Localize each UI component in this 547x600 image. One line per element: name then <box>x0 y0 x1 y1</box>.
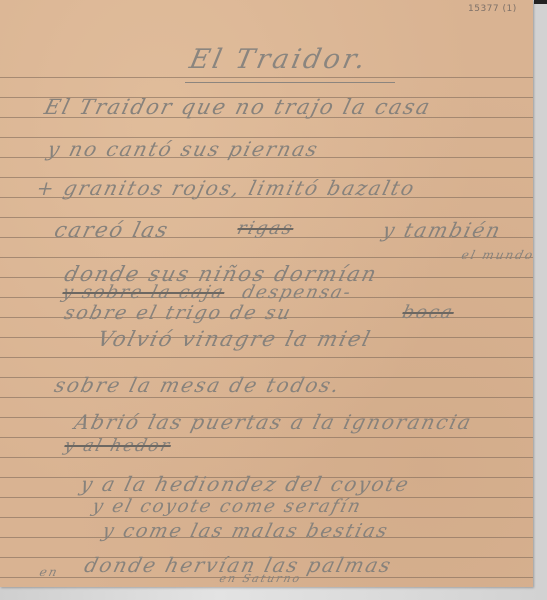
struck-text: y sobre la caja <box>60 282 227 303</box>
struck-text: y al hedor <box>62 436 173 456</box>
manuscript-line: sobre el trigo de su <box>62 302 294 324</box>
manuscript-line: y a la hediondez del coyote <box>78 472 413 496</box>
struck-text: rigas <box>235 218 296 239</box>
manuscript-line: sobre la mesa de todos. <box>52 373 343 397</box>
title-underline <box>185 82 395 83</box>
manuscript-line: Abrió las puertas a la ignorancia <box>72 410 475 434</box>
catalog-number: 15377 (1) <box>468 4 517 14</box>
ruled-line <box>0 357 533 358</box>
manuscript-line: el mundo <box>460 248 536 262</box>
manuscript-line: + granitos rojos, limitó bazalto <box>34 176 418 200</box>
manuscript-page: 15377 (1) El Traidor. El Traidor que no … <box>0 0 533 587</box>
ruled-line <box>0 517 533 518</box>
manuscript-line: El Traidor que no trajo la casa <box>42 95 434 119</box>
manuscript-line: y también <box>380 218 504 242</box>
ruled-line <box>0 77 533 78</box>
manuscript-line: y el coyote come serafín <box>90 496 364 517</box>
ruled-line <box>0 457 533 458</box>
struck-text: boca <box>400 302 456 323</box>
manuscript-line: careó las <box>52 218 172 242</box>
ruled-line <box>0 397 533 398</box>
manuscript-line: y come las malas bestias <box>100 520 391 542</box>
manuscript-line: en Saturno <box>218 572 303 585</box>
manuscript-line: y no cantó sus piernas <box>45 137 322 161</box>
manuscript-line: en <box>38 565 60 579</box>
ruled-line <box>0 257 533 258</box>
manuscript-line: Volvió vinagre la miel <box>95 327 374 351</box>
scanner-edge <box>534 0 547 4</box>
manuscript-line: despensa- <box>240 282 354 303</box>
manuscript-title: El Traidor. <box>187 44 371 75</box>
